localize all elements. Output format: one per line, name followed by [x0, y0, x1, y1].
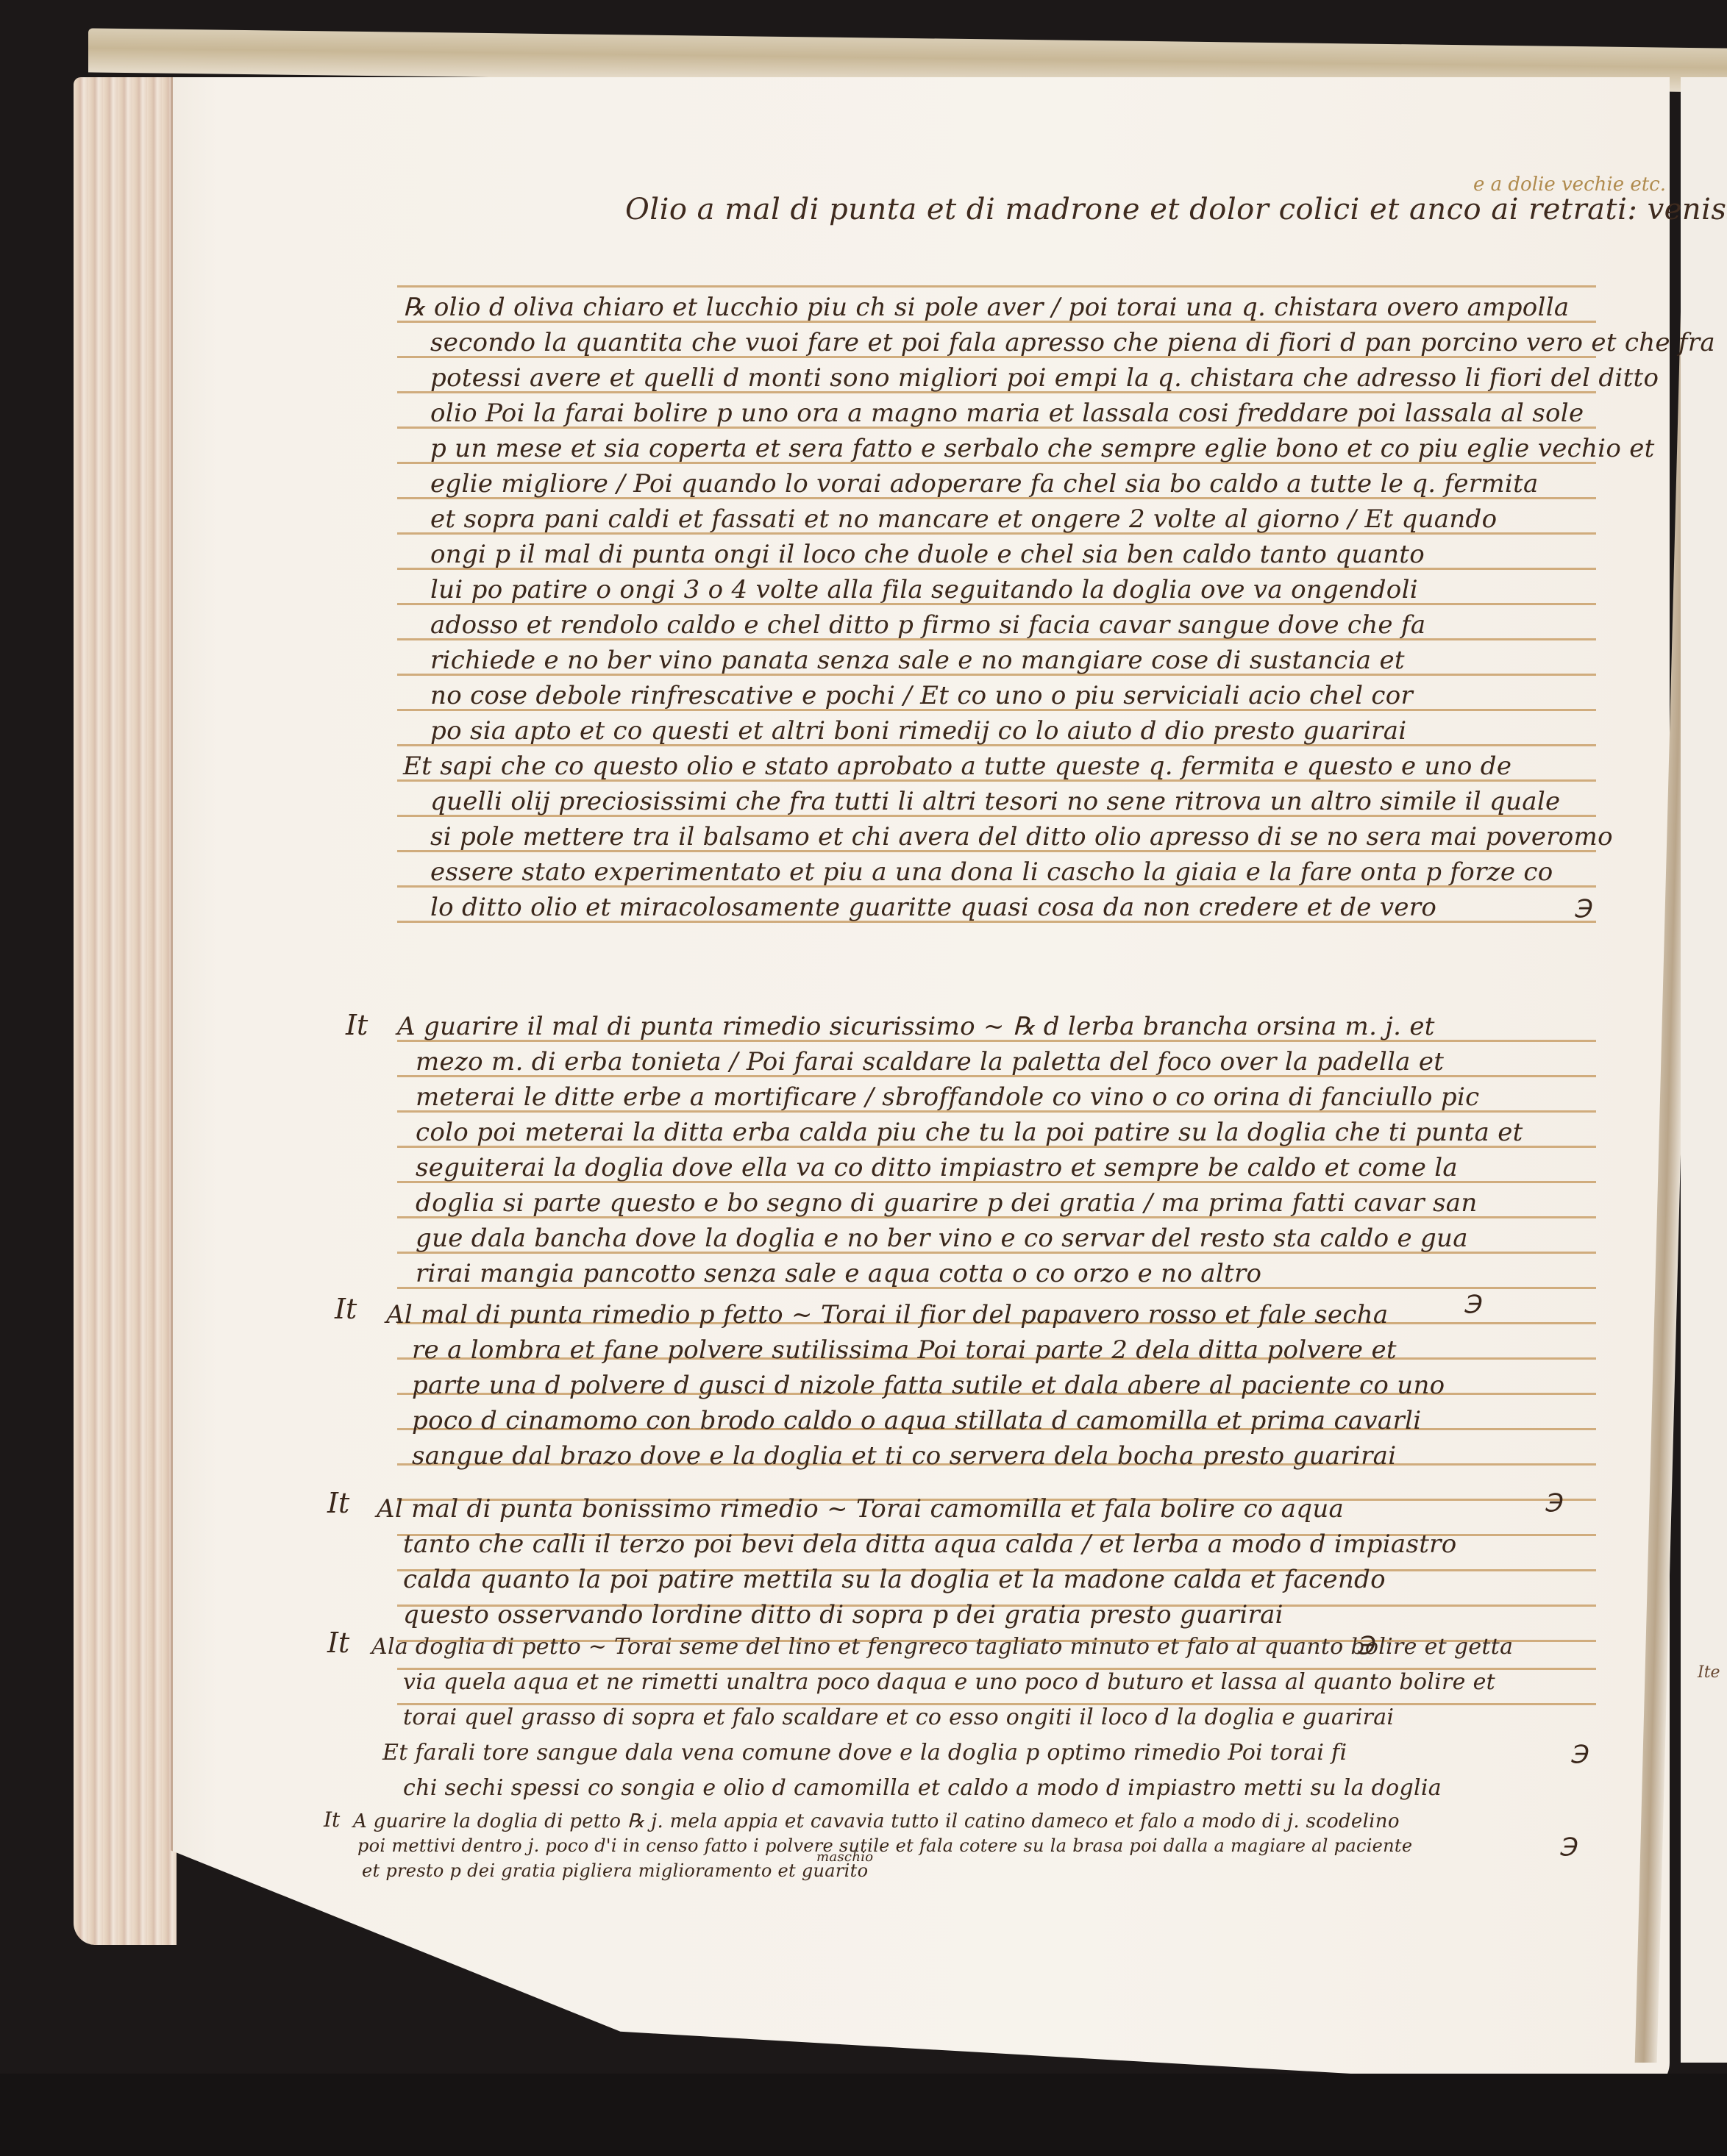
text-line: si pole mettere tra il balsamo et chi av…: [430, 822, 1613, 852]
text-line: A guarire la doglia di petto ℞ j. mela a…: [353, 1810, 1400, 1832]
text-line: parte una d polvere d gusci d nizole fat…: [412, 1371, 1445, 1400]
text-line: essere stato experimentato et piu a una …: [430, 857, 1553, 887]
text-line: Et sapi che co questo olio e stato aprob…: [403, 752, 1511, 781]
text-line: et sopra pani caldi et fassati et no man…: [430, 504, 1497, 534]
text-line: calda quanto la poi patire mettila su la…: [403, 1565, 1386, 1594]
text-line: richiede e no ber vino panata senza sale…: [430, 646, 1405, 675]
margin-note: e a dolie vechie etc.: [1473, 174, 1666, 196]
text-line: Ala doglia di petto ~ Torai seme del lin…: [371, 1634, 1513, 1660]
text-line: p un mese et sia coperta et sera fatto e…: [430, 434, 1655, 463]
text-line: tanto che calli il terzo poi bevi dela d…: [403, 1529, 1456, 1559]
text-line: rirai mangia pancotto senza sale e aqua …: [416, 1259, 1261, 1288]
background-surface: [0, 2074, 1727, 2156]
text-line: quelli olij preciosissimi che fra tutti …: [430, 787, 1560, 816]
text-line: lo ditto olio et miracolosamente guaritt…: [430, 893, 1436, 922]
text-line: A guarire il mal di punta rimedio sicuri…: [397, 1012, 1435, 1041]
text-line: via quela aqua et ne rimetti unaltra poc…: [403, 1669, 1495, 1695]
text-line: lui po patire o ongi 3 o 4 volte alla fi…: [430, 575, 1418, 604]
text-line: gue dala bancha dove la doglia e no ber …: [416, 1224, 1468, 1253]
text-line: adosso et rendolo caldo e chel ditto p f…: [430, 610, 1425, 640]
text-line: Al mal di punta rimedio p fetto ~ Torai …: [386, 1300, 1388, 1329]
page-heading: Olio a mal di punta et di madrone et dol…: [625, 193, 1727, 226]
text-line: meterai le ditte erbe a mortificare / sb…: [416, 1082, 1479, 1112]
text-line: po sia apto et co questi et altri boni r…: [430, 716, 1406, 746]
text-line: eglie migliore / Poi quando lo vorai ado…: [430, 469, 1539, 499]
text-line: Al mal di punta bonissimo rimedio ~ Tora…: [377, 1494, 1344, 1524]
item-siglum: It: [327, 1627, 349, 1659]
sign-off-mark: ℈: [1559, 1830, 1577, 1859]
text-line: olio Poi la farai bolire p uno ora a mag…: [430, 399, 1584, 428]
facing-page-edge: [1681, 77, 1727, 2063]
interlinear-note: maschio: [816, 1849, 873, 1865]
facing-page-margin-mark: Ite: [1698, 1663, 1720, 1682]
text-line: torai quel grasso di sopra et falo scald…: [403, 1705, 1394, 1730]
text-line: colo poi meterai la ditta erba calda piu…: [416, 1118, 1523, 1147]
text-line: re a lombra et fane polvere sutilissima …: [412, 1335, 1397, 1365]
book-fore-edge-stacked-leaves: [74, 77, 177, 1945]
text-line: Et farali tore sangue dala vena comune d…: [382, 1740, 1347, 1766]
text-line: seguiterai la doglia dove ella va co dit…: [416, 1153, 1458, 1182]
text-line: poi mettivi dentro j. poco d'i in censo …: [357, 1835, 1412, 1856]
ruled-line: [397, 285, 1596, 288]
item-siglum: It: [327, 1487, 349, 1519]
item-siglum: It: [346, 1009, 368, 1041]
text-line: poco d cinamomo con brodo caldo o aqua s…: [412, 1406, 1421, 1435]
text-line: potessi avere et quelli d monti sono mig…: [430, 363, 1659, 393]
text-line: mezo m. di erba tonieta / Poi farai scal…: [416, 1047, 1444, 1077]
sign-off-mark: ℈: [1464, 1287, 1481, 1316]
text-line: chi sechi spessi co songia e olio d camo…: [403, 1775, 1442, 1801]
text-line: no cose debole rinfrescative e pochi / E…: [430, 681, 1413, 710]
item-siglum: It: [335, 1293, 357, 1325]
item-siglum: It: [324, 1807, 340, 1832]
text-line: questo osservando lordine ditto di sopra…: [403, 1600, 1283, 1630]
text-line: ongi p il mal di punta ongi il loco che …: [430, 540, 1425, 569]
text-line: et presto p dei gratia pigliera migliora…: [362, 1860, 868, 1881]
manuscript-photograph: Ite Olio a mal di punta et di madrone et…: [0, 0, 1727, 2156]
text-line: ℞ olio d oliva chiaro et lucchio piu ch …: [403, 293, 1569, 322]
sign-off-mark: ℈: [1570, 1737, 1588, 1766]
text-line: doglia si parte questo e bo segno di gua…: [416, 1188, 1478, 1218]
text-line: secondo la quantita che vuoi fare et poi…: [430, 328, 1715, 357]
sign-off-mark: ℈: [1545, 1485, 1562, 1515]
sign-off-mark: ℈: [1574, 891, 1592, 921]
text-line: sangue dal brazo dove e la doglia et ti …: [412, 1441, 1396, 1471]
